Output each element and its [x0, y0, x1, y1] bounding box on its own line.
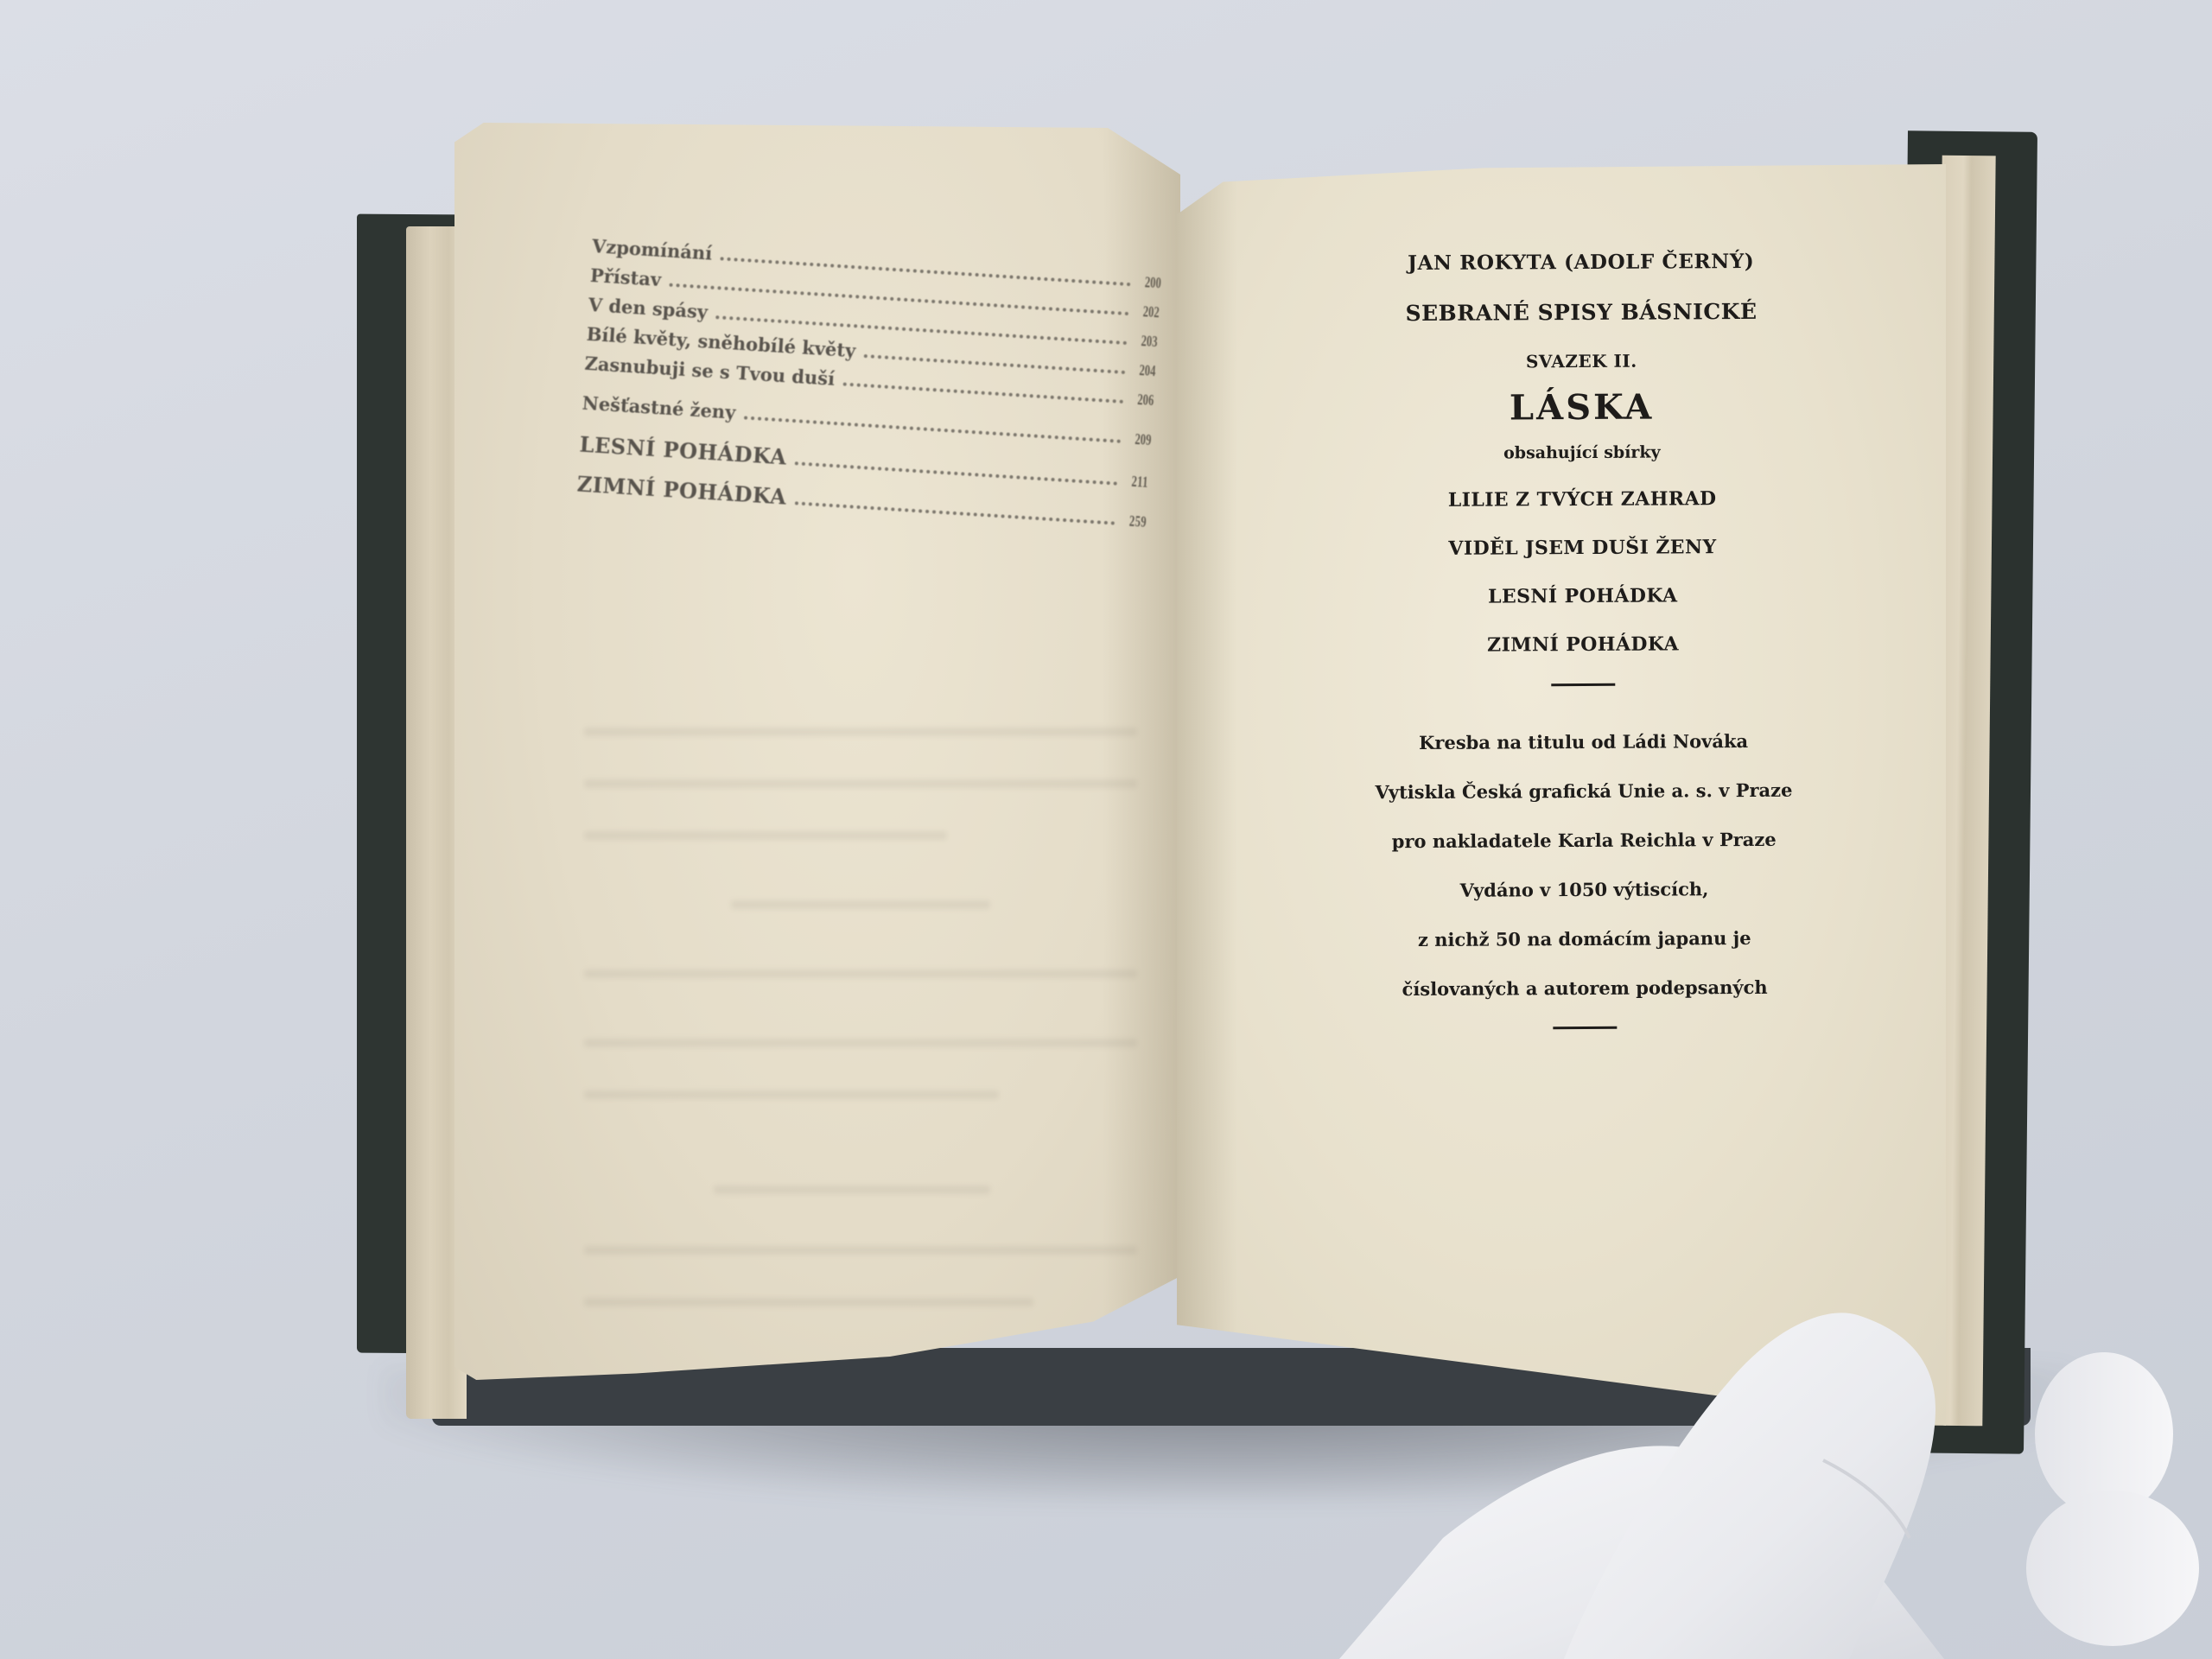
show-through [584, 1090, 999, 1099]
dot-leader [795, 461, 1118, 486]
toc-entry-title: Nešťastné ženy [582, 392, 745, 424]
show-through [584, 831, 947, 840]
imprint-line: číslovaných a autorem podepsaných [1265, 976, 1904, 1001]
show-through [584, 779, 1137, 788]
photo-scene: Vzpomínání 200 Přístav 202 V den spásy 2… [0, 0, 2212, 1659]
imprint-line: pro nakladatele Karla Reichla v Praze [1264, 828, 1904, 853]
dot-leader [795, 501, 1115, 524]
imprint-line: Vytiskla Česká grafická Unie a. s. v Pra… [1264, 779, 1904, 804]
toc-entry-page: 209 [1129, 430, 1152, 449]
left-page: Vzpomínání 200 Přístav 202 V den spásy 2… [454, 123, 1180, 1419]
show-through [584, 728, 1137, 736]
show-through [584, 1246, 1137, 1255]
imprint-line: Vydáno v 1050 výtiscích, [1264, 877, 1904, 902]
colophon: JAN ROKYTA (ADOLF ČERNÝ) SEBRANÉ SPISY B… [1262, 249, 1905, 1031]
show-through [584, 1298, 1033, 1306]
toc-entry-page: 211 [1127, 472, 1149, 492]
toc-entry-page: 259 [1123, 512, 1147, 531]
show-through [731, 900, 990, 909]
show-through [714, 1185, 990, 1194]
dot-leader [744, 416, 1121, 442]
divider-rule [1553, 1027, 1617, 1029]
book-title: LÁSKA [1262, 385, 1901, 429]
toc-entry-page: 206 [1132, 391, 1154, 410]
collection-title: LESNÍ POHÁDKA [1263, 583, 1903, 609]
show-through [584, 969, 1137, 978]
collection-title: LILIE Z TVÝCH ZAHRAD [1262, 486, 1902, 512]
dot-leader [843, 383, 1124, 404]
toc-entry-title: Vzpomínání [591, 235, 721, 264]
divider-rule [1551, 683, 1615, 686]
toc-entry-page: 203 [1135, 332, 1158, 351]
volume-number: SVAZEK II. [1262, 349, 1901, 373]
contains-label: obsahující sbírky [1262, 442, 1902, 464]
toc-entry-page: 204 [1134, 361, 1156, 380]
right-page: JAN ROKYTA (ADOLF ČERNÝ) SEBRANÉ SPISY B… [1177, 164, 1946, 1426]
table-of-contents: Vzpomínání 200 Přístav 202 V den spásy 2… [575, 235, 1162, 547]
author-line: JAN ROKYTA (ADOLF ČERNÝ) [1262, 249, 1901, 276]
toc-entry-title: LESNÍ POHÁDKA [579, 432, 796, 471]
series-title: SEBRANÉ SPISY BÁSNICKÉ [1262, 298, 1901, 327]
imprint-line: z nichž 50 na domácím japanu je [1265, 926, 1904, 951]
collection-title: VIDĚL JSEM DUŠI ŽENY [1262, 535, 1902, 561]
toc-entry-page: 202 [1138, 302, 1160, 321]
toc-entry-page: 200 [1140, 273, 1162, 292]
toc-entry-title: Přístav [589, 264, 671, 291]
collection-title: ZIMNÍ POHÁDKA [1263, 632, 1903, 658]
imprint-line: Kresba na titulu od Ládi Nováka [1264, 729, 1904, 754]
white-glove-hand [1339, 1279, 2212, 1659]
show-through [584, 1039, 1137, 1047]
dot-leader [864, 354, 1126, 374]
